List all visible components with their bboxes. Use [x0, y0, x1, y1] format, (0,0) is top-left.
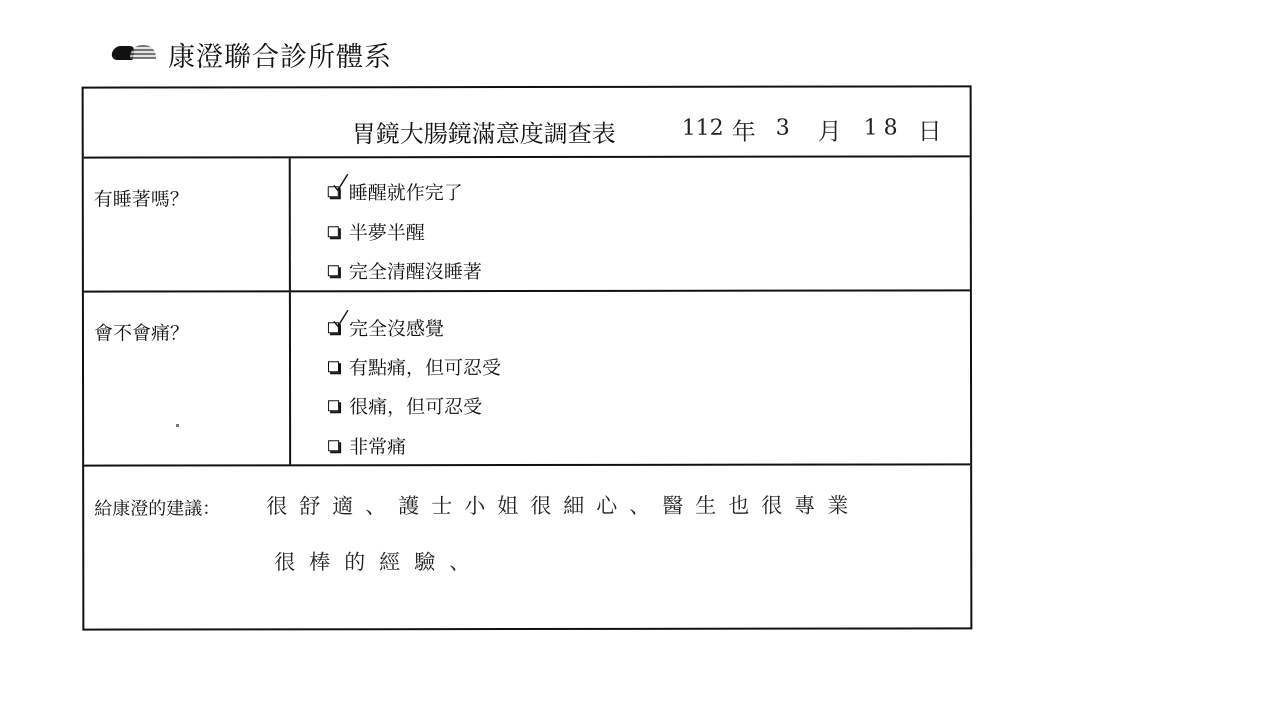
checkbox[interactable]	[328, 400, 339, 411]
option-label: 非常痛	[349, 432, 406, 459]
option-sleep-2[interactable]: 完全清醒沒睡著	[328, 257, 482, 284]
option-pain-3[interactable]: 非常痛	[328, 432, 406, 459]
scan-speck	[176, 424, 179, 427]
date-month: 3	[776, 116, 790, 141]
suggestion-label: 給康澄的建議：	[94, 494, 220, 520]
option-label: 完全沒感覺	[349, 314, 444, 341]
clinic-logo-icon	[112, 43, 158, 65]
form-title: 胃鏡大腸鏡滿意度調查表	[352, 114, 616, 149]
checkmark-icon	[332, 309, 350, 329]
date-year: 112	[682, 116, 724, 141]
option-label: 半夢半醒	[349, 218, 425, 245]
form-title-row: 胃鏡大腸鏡滿意度調查表 112 年 3 月 18 日	[84, 87, 970, 158]
question-label: 有睡著嗎？	[94, 184, 189, 211]
option-sleep-0[interactable]: 睡醒就作完了	[328, 178, 463, 205]
option-pain-1[interactable]: 有點痛，但可忍受	[328, 353, 501, 380]
date-day-label: 日	[918, 111, 942, 146]
survey-form: 胃鏡大腸鏡滿意度調查表 112 年 3 月 18 日 有睡著嗎？ 睡醒就作完了 …	[82, 85, 973, 630]
handwritten-suggestion-line-2: 很棒的經驗、	[274, 546, 484, 576]
column-divider	[289, 292, 291, 464]
checkbox-checked[interactable]	[328, 322, 339, 333]
option-sleep-1[interactable]: 半夢半醒	[328, 218, 425, 245]
checkbox[interactable]	[328, 265, 339, 276]
option-pain-2[interactable]: 很痛，但可忍受	[328, 392, 482, 419]
checkbox[interactable]	[328, 440, 339, 451]
option-label: 很痛，但可忍受	[349, 392, 482, 419]
question-label: 會不會痛？	[94, 318, 189, 345]
option-label: 睡醒就作完了	[349, 178, 463, 205]
checkbox[interactable]	[328, 226, 339, 237]
option-label: 有點痛，但可忍受	[349, 353, 501, 380]
handwritten-suggestion-line-1: 很舒適、護士小姐很細心、醫生也很專業	[266, 490, 860, 521]
checkmark-icon	[332, 173, 350, 193]
option-pain-0[interactable]: 完全沒感覺	[328, 314, 444, 341]
clinic-name: 康澄聯合診所體系	[168, 35, 392, 74]
checkbox-checked[interactable]	[328, 186, 339, 197]
question-sleep: 有睡著嗎？ 睡醒就作完了 半夢半醒 完全清醒沒睡著	[84, 157, 970, 292]
checkbox[interactable]	[328, 361, 339, 372]
date-day: 18	[864, 115, 904, 140]
question-pain: 會不會痛？ 完全沒感覺 有點痛，但可忍受 很痛，但可忍受 非常痛	[84, 291, 970, 466]
column-divider	[289, 158, 291, 290]
clinic-header: 康澄聯合診所體系	[112, 34, 392, 74]
date-year-label: 年	[732, 112, 756, 147]
option-label: 完全清醒沒睡著	[349, 257, 482, 284]
date-month-label: 月	[818, 112, 842, 147]
